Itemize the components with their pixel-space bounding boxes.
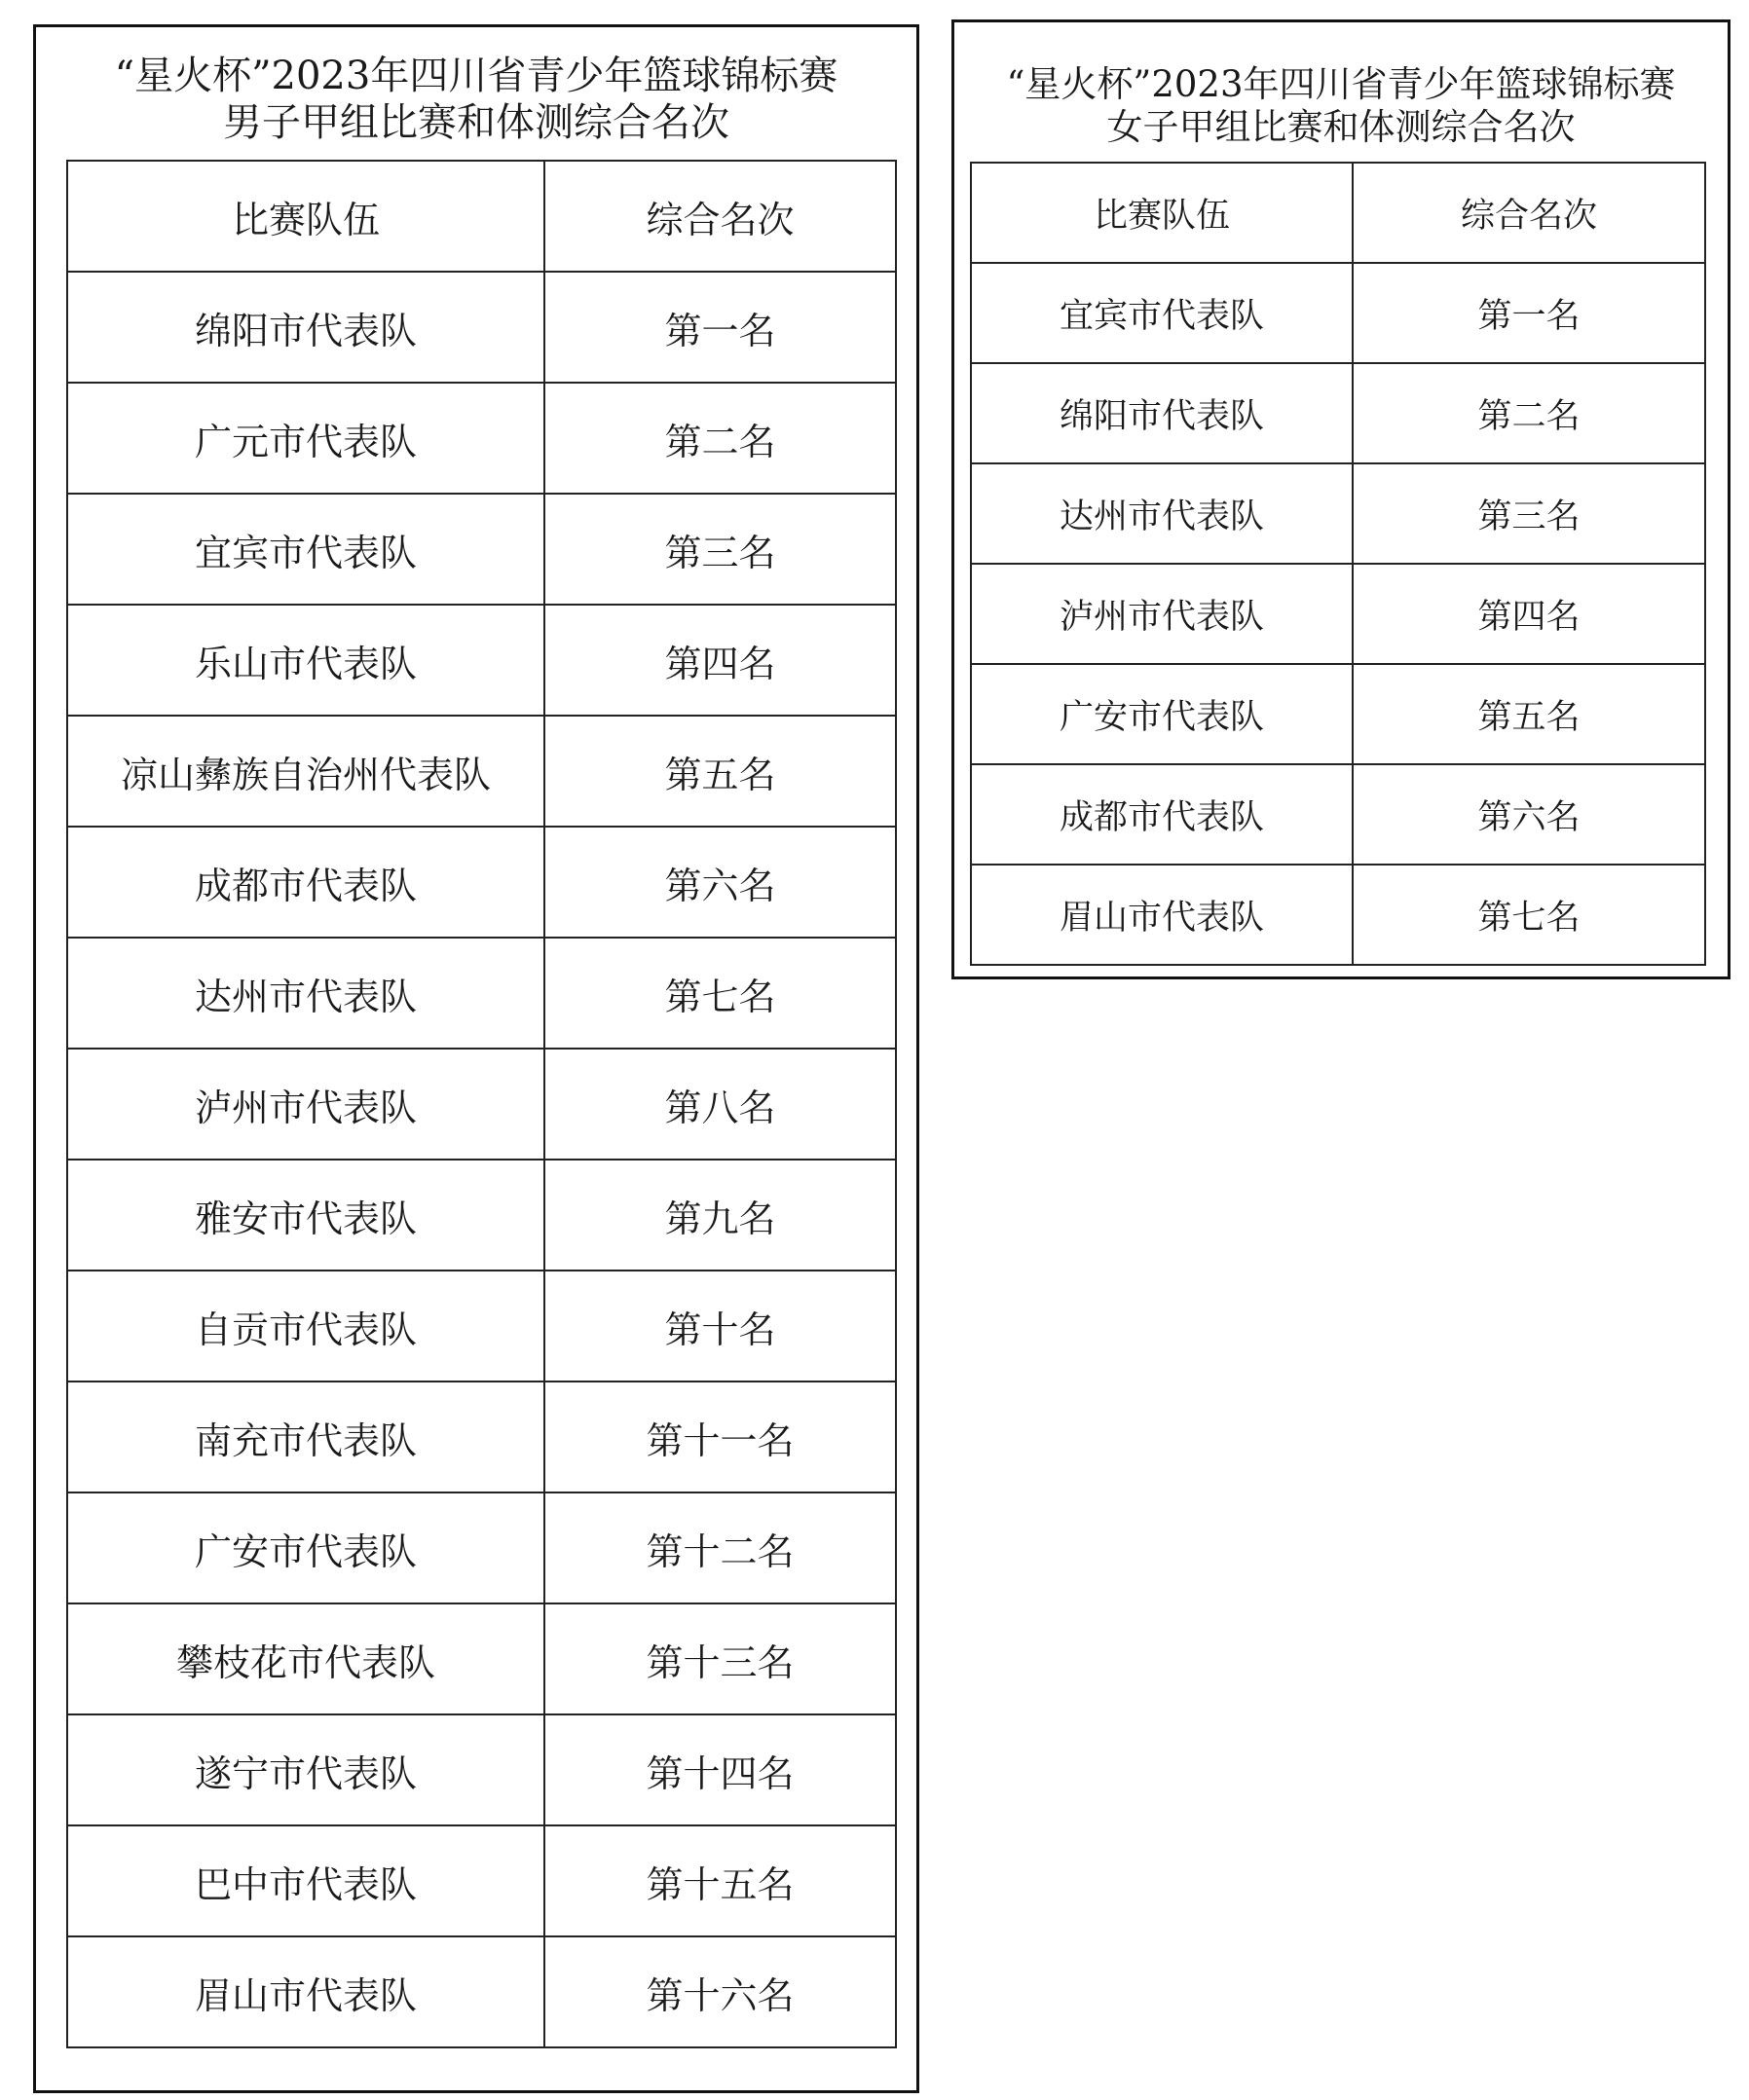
rank-cell: 第十名 [544, 1271, 896, 1382]
boys-ranking-panel: “星火杯”2023年四川省青少年篮球锦标赛 男子甲组比赛和体测综合名次 比赛队伍… [33, 24, 919, 2093]
rank-cell: 第四名 [544, 605, 896, 716]
rank-cell: 第八名 [544, 1049, 896, 1160]
rank-cell: 第十二名 [544, 1492, 896, 1603]
team-cell: 绵阳市代表队 [67, 272, 544, 383]
table-row: 攀枝花市代表队第十三名 [67, 1603, 896, 1714]
table-row: 雅安市代表队第九名 [67, 1160, 896, 1271]
team-cell: 遂宁市代表队 [67, 1714, 544, 1825]
rank-cell: 第一名 [544, 272, 896, 383]
team-cell: 达州市代表队 [971, 463, 1353, 564]
rank-cell: 第五名 [544, 716, 896, 827]
title-line-1: “星火杯”2023年四川省青少年篮球锦标赛 [954, 63, 1728, 106]
team-cell: 成都市代表队 [971, 764, 1353, 865]
team-cell: 攀枝花市代表队 [67, 1603, 544, 1714]
table-row: 广安市代表队第五名 [971, 664, 1705, 764]
table-row: 宜宾市代表队第三名 [67, 494, 896, 605]
team-cell: 凉山彝族自治州代表队 [67, 716, 544, 827]
rank-cell: 第二名 [544, 383, 896, 494]
rank-cell: 第十五名 [544, 1825, 896, 1936]
rank-cell: 第六名 [544, 827, 896, 938]
table-row: 成都市代表队第六名 [67, 827, 896, 938]
table-row: 南充市代表队第十一名 [67, 1382, 896, 1492]
team-cell: 宜宾市代表队 [971, 263, 1353, 363]
team-cell: 宜宾市代表队 [67, 494, 544, 605]
boys-ranking-table: 比赛队伍 综合名次 绵阳市代表队第一名广元市代表队第二名宜宾市代表队第三名乐山市… [66, 160, 897, 2048]
table-header-row: 比赛队伍 综合名次 [67, 161, 896, 272]
table-row: 凉山彝族自治州代表队第五名 [67, 716, 896, 827]
table-row: 成都市代表队第六名 [971, 764, 1705, 865]
rank-cell: 第五名 [1353, 664, 1705, 764]
table-row: 眉山市代表队第十六名 [67, 1936, 896, 2047]
rank-cell: 第四名 [1353, 564, 1705, 664]
title-line-2: 男子甲组比赛和体测综合名次 [36, 99, 916, 146]
table-row: 达州市代表队第七名 [67, 938, 896, 1049]
team-cell: 眉山市代表队 [67, 1936, 544, 2047]
table-row: 达州市代表队第三名 [971, 463, 1705, 564]
team-cell: 自贡市代表队 [67, 1271, 544, 1382]
header-team: 比赛队伍 [971, 163, 1353, 263]
rank-cell: 第三名 [544, 494, 896, 605]
table-row: 广安市代表队第十二名 [67, 1492, 896, 1603]
rank-cell: 第七名 [1353, 865, 1705, 965]
team-cell: 达州市代表队 [67, 938, 544, 1049]
rank-cell: 第二名 [1353, 363, 1705, 463]
team-cell: 泸州市代表队 [67, 1049, 544, 1160]
boys-ranking-title: “星火杯”2023年四川省青少年篮球锦标赛 男子甲组比赛和体测综合名次 [36, 53, 916, 146]
table-row: 巴中市代表队第十五名 [67, 1825, 896, 1936]
rank-cell: 第一名 [1353, 263, 1705, 363]
team-cell: 南充市代表队 [67, 1382, 544, 1492]
table-row: 绵阳市代表队第二名 [971, 363, 1705, 463]
rank-cell: 第六名 [1353, 764, 1705, 865]
table-row: 泸州市代表队第八名 [67, 1049, 896, 1160]
table-row: 眉山市代表队第七名 [971, 865, 1705, 965]
girls-ranking-panel: “星火杯”2023年四川省青少年篮球锦标赛 女子甲组比赛和体测综合名次 比赛队伍… [951, 19, 1730, 979]
table-row: 绵阳市代表队第一名 [67, 272, 896, 383]
team-cell: 广安市代表队 [67, 1492, 544, 1603]
girls-ranking-table: 比赛队伍 综合名次 宜宾市代表队第一名绵阳市代表队第二名达州市代表队第三名泸州市… [970, 162, 1706, 966]
rank-cell: 第十六名 [544, 1936, 896, 2047]
rank-cell: 第七名 [544, 938, 896, 1049]
team-cell: 雅安市代表队 [67, 1160, 544, 1271]
table-header-row: 比赛队伍 综合名次 [971, 163, 1705, 263]
rank-cell: 第三名 [1353, 463, 1705, 564]
table-row: 泸州市代表队第四名 [971, 564, 1705, 664]
team-cell: 巴中市代表队 [67, 1825, 544, 1936]
team-cell: 广元市代表队 [67, 383, 544, 494]
title-line-1: “星火杯”2023年四川省青少年篮球锦标赛 [36, 53, 916, 99]
rank-cell: 第十四名 [544, 1714, 896, 1825]
rank-cell: 第十三名 [544, 1603, 896, 1714]
team-cell: 成都市代表队 [67, 827, 544, 938]
girls-ranking-title: “星火杯”2023年四川省青少年篮球锦标赛 女子甲组比赛和体测综合名次 [954, 63, 1728, 150]
team-cell: 眉山市代表队 [971, 865, 1353, 965]
header-rank: 综合名次 [1353, 163, 1705, 263]
table-row: 自贡市代表队第十名 [67, 1271, 896, 1382]
team-cell: 广安市代表队 [971, 664, 1353, 764]
header-rank: 综合名次 [544, 161, 896, 272]
rank-cell: 第九名 [544, 1160, 896, 1271]
table-row: 宜宾市代表队第一名 [971, 263, 1705, 363]
team-cell: 泸州市代表队 [971, 564, 1353, 664]
team-cell: 乐山市代表队 [67, 605, 544, 716]
table-row: 乐山市代表队第四名 [67, 605, 896, 716]
rank-cell: 第十一名 [544, 1382, 896, 1492]
team-cell: 绵阳市代表队 [971, 363, 1353, 463]
table-row: 遂宁市代表队第十四名 [67, 1714, 896, 1825]
title-line-2: 女子甲组比赛和体测综合名次 [954, 106, 1728, 149]
header-team: 比赛队伍 [67, 161, 544, 272]
table-row: 广元市代表队第二名 [67, 383, 896, 494]
